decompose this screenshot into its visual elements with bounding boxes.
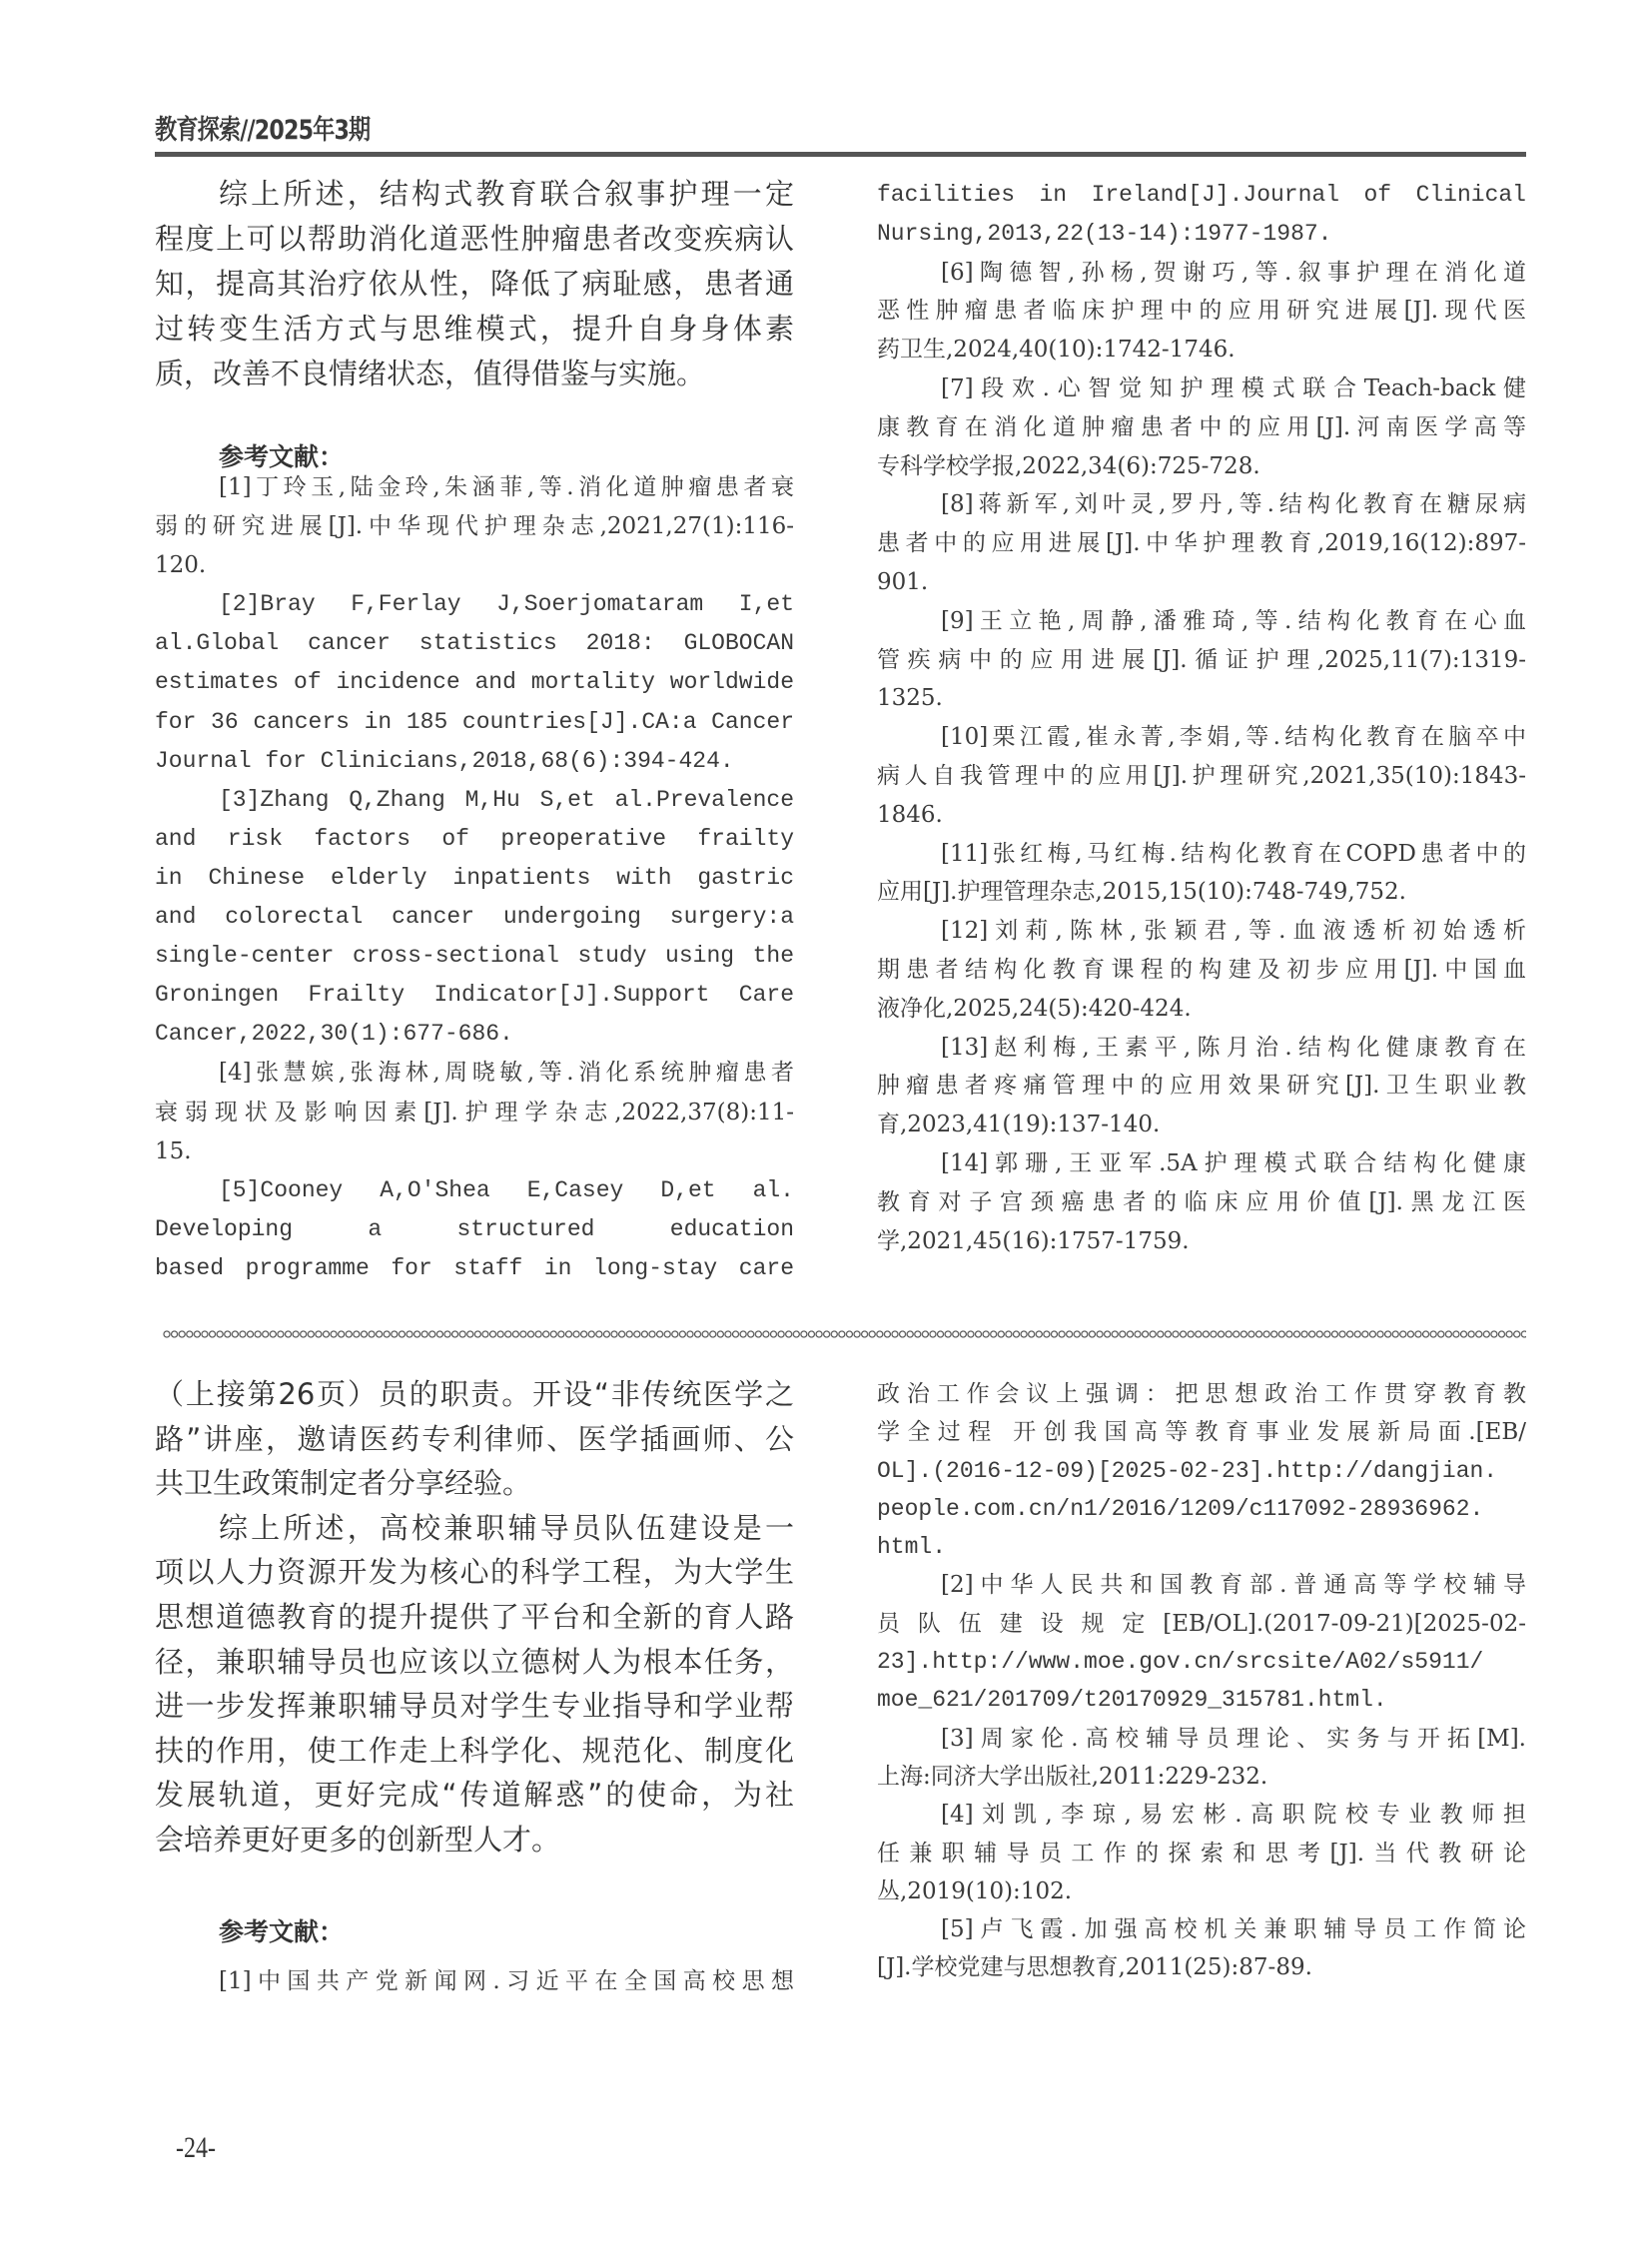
body-text-line: 共卫生政策制定者分享经验。 bbox=[155, 1461, 794, 1506]
body-text-line: 发展轨道，更好完成“传道解惑”的使命，为社 bbox=[155, 1773, 794, 1818]
running-head: 教育探索//2025年3期 bbox=[155, 108, 370, 147]
reference-line: 病人自我管理中的应用[J].护理研究,2021,35(10):1843- bbox=[877, 757, 1526, 796]
top-left-conclusion: 综上所述，结构式教育联合叙事护理一定程度上可以帮助消化道恶性肿瘤患者改变疾病认知… bbox=[155, 172, 794, 396]
chain-separator-divider bbox=[163, 1328, 1526, 1340]
reference-line: 1325. bbox=[877, 679, 1526, 718]
reference-line: [6]陶德智,孙杨,贺谢巧,等.叙事护理在消化道 bbox=[877, 254, 1526, 293]
reference-line: 23].http://www.moe.gov.cn/srcsite/A02/s5… bbox=[877, 1643, 1526, 1681]
reference-line: people.com.cn/n1/2016/1209/c117092-28936… bbox=[877, 1490, 1526, 1528]
body-text-line: 路”讲座，邀请医药专利律师、医学插画师、公 bbox=[155, 1417, 794, 1462]
reference-line: Nursing,2013,22(13-14):1977-1987. bbox=[877, 215, 1526, 254]
reference-line: [10]栗江霞,崔永菁,李娟,等.结构化教育在脑卒中 bbox=[877, 718, 1526, 757]
reference-line: and colorectal cancer undergoing surgery… bbox=[155, 898, 794, 937]
body-text-line: 知，提高其治疗依从性，降低了病耻感，患者通 bbox=[155, 262, 794, 307]
reference-line: [1]丁玲玉,陆金玲,朱涵菲,等.消化道肿瘤患者衰 bbox=[155, 468, 794, 507]
top-left-references: [1]丁玲玉,陆金玲,朱涵菲,等.消化道肿瘤患者衰弱的研究进展[J].中华现代护… bbox=[155, 468, 794, 1288]
body-text-line: 扶的作用，使工作走上科学化、规范化、制度化 bbox=[155, 1729, 794, 1774]
bottom-left-body: （上接第26页）员的职责。开设“非传统医学之路”讲座，邀请医药专利律师、医学插画… bbox=[155, 1372, 794, 1863]
reference-line: 学全过程 开创我国高等教育事业发展新局面.[EB/ bbox=[877, 1413, 1526, 1451]
reference-line: 育,2023,41(19):137-140. bbox=[877, 1106, 1526, 1144]
reference-line: [5]卢飞霞.加强高校机关兼职辅导员工作简论 bbox=[877, 1910, 1526, 1948]
reference-line: [4]张慧嫔,张海林,周晓敏,等.消化系统肿瘤患者 bbox=[155, 1054, 794, 1093]
reference-line: [2]Bray F,Ferlay J,Soerjomataram I,et bbox=[155, 585, 794, 624]
reference-line: based programme for staff in long-stay c… bbox=[155, 1249, 794, 1288]
reference-line: and risk factors of preoperative frailty bbox=[155, 820, 794, 859]
reference-line: 15. bbox=[155, 1132, 794, 1171]
reference-line: 任兼职辅导员工作的探索和思考[J].当代教研论 bbox=[877, 1835, 1526, 1872]
reference-line: [8]蒋新军,刘叶灵,罗丹,等.结构化教育在糖尿病 bbox=[877, 485, 1526, 524]
body-text-line: 进一步发挥兼职辅导员对学生专业指导和学业帮 bbox=[155, 1684, 794, 1729]
references-heading: 参考文献： bbox=[155, 1914, 794, 1950]
reference-line: moe_621/201709/t20170929_315781.html. bbox=[877, 1681, 1526, 1719]
reference-line: estimates of incidence and mortality wor… bbox=[155, 663, 794, 702]
reference-line: 丛,2019(10):102. bbox=[877, 1872, 1526, 1910]
reference-line: [J].学校党建与思想教育,2011(25):87-89. bbox=[877, 1948, 1526, 1986]
body-text-line: 思想道德教育的提升提供了平台和全新的育人路 bbox=[155, 1595, 794, 1640]
page-number: -24- bbox=[176, 2131, 216, 2165]
reference-line: 901. bbox=[877, 563, 1526, 602]
body-text-line: （上接第26页）员的职责。开设“非传统医学之 bbox=[155, 1372, 794, 1417]
reference-line: Groningen Frailty Indicator[J].Support C… bbox=[155, 976, 794, 1015]
reference-line: 1846. bbox=[877, 796, 1526, 835]
bottom-left-ref-heading: 参考文献： bbox=[155, 1914, 794, 1950]
body-text-line: 综上所述，结构式教育联合叙事护理一定 bbox=[155, 172, 794, 217]
reference-line: 专科学校学报,2022,34(6):725-728. bbox=[877, 447, 1526, 486]
reference-line: 教育对子宫颈癌患者的临床应用价值[J].黑龙江医 bbox=[877, 1183, 1526, 1222]
reference-line: [9]王立艳,周静,潘雅琦,等.结构化教育在心血 bbox=[877, 602, 1526, 641]
reference-line: Developing a structured education remini… bbox=[155, 1210, 794, 1249]
reference-line: 期患者结构化教育课程的构建及初步应用[J].中国血 bbox=[877, 951, 1526, 990]
body-text-line: 项以人力资源开发为核心的科学工程，为大学生 bbox=[155, 1550, 794, 1595]
body-text-line: 综上所述，高校兼职辅导员队伍建设是一 bbox=[155, 1506, 794, 1551]
bottom-right-references: 政治工作会议上强调：把思想政治工作贯穿教育教学全过程 开创我国高等教育事业发展新… bbox=[877, 1375, 1526, 1987]
reference-line: [7]段欢.心智觉知护理模式联合Teach-back健 bbox=[877, 370, 1526, 408]
reference-line: 恶性肿瘤患者临床护理中的应用研究进展[J].现代医 bbox=[877, 292, 1526, 331]
top-right-references: facilities in Ireland[J].Journal of Clin… bbox=[877, 176, 1526, 1260]
reference-line: 药卫生,2024,40(10):1742-1746. bbox=[877, 331, 1526, 370]
reference-line: 肿瘤患者疼痛管理中的应用效果研究[J].卫生职业教 bbox=[877, 1067, 1526, 1106]
reference-line: 应用[J].护理管理杂志,2015,15(10):748-749,752. bbox=[877, 873, 1526, 912]
reference-line: 患者中的应用进展[J].中华护理教育,2019,16(12):897- bbox=[877, 524, 1526, 563]
body-text-line: 程度上可以帮助消化道恶性肿瘤患者改变疾病认 bbox=[155, 217, 794, 262]
reference-line: single-center cross-sectional study usin… bbox=[155, 937, 794, 976]
reference-line: 康教育在消化道肿瘤患者中的应用[J].河南医学高等 bbox=[877, 408, 1526, 447]
body-text-line: 质，改善不良情绪状态，值得借鉴与实施。 bbox=[155, 352, 794, 396]
reference-line: [11]张红梅,马红梅.结构化教育在COPD患者中的 bbox=[877, 835, 1526, 874]
reference-line: [13]赵利梅,王素平,陈月治.结构化健康教育在 bbox=[877, 1029, 1526, 1068]
reference-line: 120. bbox=[155, 546, 794, 585]
reference-line: 员队伍建设规定[EB/OL].(2017-09-21)[2025-02- bbox=[877, 1605, 1526, 1643]
reference-line: 政治工作会议上强调：把思想政治工作贯穿教育教 bbox=[877, 1375, 1526, 1413]
reference-line: for 36 cancers in 185 countries[J].CA:a … bbox=[155, 703, 794, 742]
reference-line: 上海:同济大学出版社,2011:229-232. bbox=[877, 1758, 1526, 1796]
reference-line: 液净化,2025,24(5):420-424. bbox=[877, 990, 1526, 1029]
body-text-line: 过转变生活方式与思维模式，提升自身身体素 bbox=[155, 307, 794, 352]
reference-line: [4]刘凯,李琼,易宏彬.高职院校专业教师担 bbox=[877, 1796, 1526, 1834]
reference-line: Cancer,2022,30(1):677-686. bbox=[155, 1015, 794, 1054]
bottom-left-references: [1]中国共产党新闻网.习近平在全国高校思想 bbox=[155, 1963, 794, 2000]
reference-line: html. bbox=[877, 1528, 1526, 1566]
reference-line: 管疾病中的应用进展[J].循证护理,2025,11(7):1319- bbox=[877, 641, 1526, 680]
reference-line: [5]Cooney A,O'Shea E,Casey D,et al. bbox=[155, 1171, 794, 1210]
reference-line: [1]中国共产党新闻网.习近平在全国高校思想 bbox=[155, 1963, 794, 2000]
reference-line: 衰弱现状及影响因素[J].护理学杂志,2022,37(8):11- bbox=[155, 1094, 794, 1132]
body-text-line: 会培养更好更多的创新型人才。 bbox=[155, 1818, 794, 1863]
reference-line: [2]中华人民共和国教育部.普通高等学校辅导 bbox=[877, 1566, 1526, 1604]
reference-line: [12]刘莉,陈林,张颖君,等.血液透析初始透析 bbox=[877, 912, 1526, 951]
reference-line: [14]郭珊,王亚军.5A护理模式联合结构化健康 bbox=[877, 1144, 1526, 1183]
journal-page: 教育探索//2025年3期 综上所述，结构式教育联合叙事护理一定程度上可以帮助消… bbox=[0, 0, 1652, 2242]
reference-line: [3]Zhang Q,Zhang M,Hu S,et al.Prevalence bbox=[155, 781, 794, 820]
header-rule-divider bbox=[155, 152, 1526, 157]
reference-line: 学,2021,45(16):1757-1759. bbox=[877, 1222, 1526, 1261]
reference-line: al.Global cancer statistics 2018: GLOBOC… bbox=[155, 624, 794, 663]
reference-line: [3]周家伦.高校辅导员理论、实务与开拓[M]. bbox=[877, 1720, 1526, 1758]
body-text-line: 径，兼职辅导员也应该以立德树人为根本任务， bbox=[155, 1640, 794, 1685]
reference-line: in Chinese elderly inpatients with gastr… bbox=[155, 859, 794, 898]
reference-line: 弱的研究进展[J].中华现代护理杂志,2021,27(1):116- bbox=[155, 507, 794, 546]
reference-line: facilities in Ireland[J].Journal of Clin… bbox=[877, 176, 1526, 215]
reference-line: OL].(2016-12-09)[2025-02-23].http://dang… bbox=[877, 1452, 1526, 1490]
reference-line: Journal for Clinicians,2018,68(6):394-42… bbox=[155, 742, 794, 781]
